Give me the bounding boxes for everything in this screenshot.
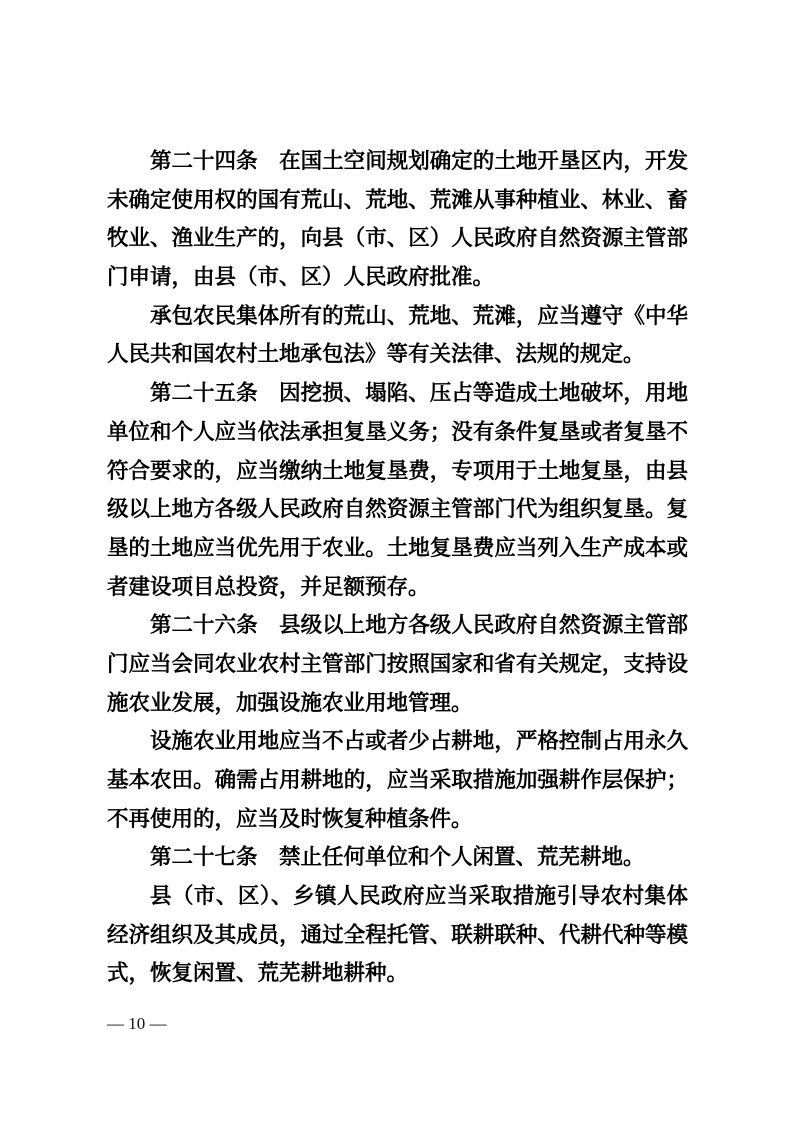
text-line: 县（市、区）、乡镇人民政府应当采取措施引导农村集体 [107, 878, 688, 917]
article-paragraph: 承包农民集体所有的荒山、荒地、荒滩，应当遵守《中华 人民共和国农村土地承包法》等… [107, 298, 688, 375]
article-heading-line: 第二十五条因挖损、塌陷、压占等造成土地破坏，用地 [107, 375, 688, 414]
text-line: 门申请，由县（市、区）人民政府批准。 [107, 259, 688, 298]
article-heading-line: 第二十四条在国土空间规划确定的土地开垦区内，开发 [107, 143, 688, 182]
text-line: 基本农田。确需占用耕地的，应当采取措施加强耕作层保护； [107, 762, 688, 801]
text-line: 垦的土地应当优先用于农业。土地复垦费应当列入生产成本或 [107, 530, 688, 569]
text-line: 不再使用的，应当及时恢复种植条件。 [107, 801, 688, 840]
article-heading-line: 第二十六条县级以上地方各级人民政府自然资源主管部 [107, 607, 688, 646]
text-line: 门应当会同农业农村主管部门按照国家和省有关规定，支持设 [107, 646, 688, 685]
text-line: 承包农民集体所有的荒山、荒地、荒滩，应当遵守《中华 [107, 298, 688, 337]
text-line: 因挖损、塌陷、压占等造成土地破坏，用地 [279, 381, 688, 406]
article-24: 第二十四条在国土空间规划确定的土地开垦区内，开发 未确定使用权的国有荒山、荒地、… [107, 143, 688, 375]
text-line: 者建设项目总投资，并足额预存。 [107, 569, 688, 608]
article-paragraph: 第二十五条因挖损、塌陷、压占等造成土地破坏，用地 单位和个人应当依法承担复垦义务… [107, 375, 688, 607]
page-number: — 10 — [107, 1013, 167, 1035]
article-paragraph: 第二十七条禁止任何单位和个人闲置、荒芜耕地。 [107, 839, 688, 878]
text-line: 单位和个人应当依法承担复垦义务；没有条件复垦或者复垦不 [107, 414, 688, 453]
article-number: 第二十六条 [150, 613, 258, 638]
text-line: 施农业发展，加强设施农业用地管理。 [107, 685, 688, 724]
text-line: 牧业、渔业生产的，向县（市、区）人民政府自然资源主管部 [107, 220, 688, 259]
document-body: 第二十四条在国土空间规划确定的土地开垦区内，开发 未确定使用权的国有荒山、荒地、… [107, 143, 688, 994]
article-paragraph: 第二十四条在国土空间规划确定的土地开垦区内，开发 未确定使用权的国有荒山、荒地、… [107, 143, 688, 298]
article-paragraph: 县（市、区）、乡镇人民政府应当采取措施引导农村集体 经济组织及其成员，通过全程托… [107, 878, 688, 994]
text-line: 符合要求的，应当缴纳土地复垦费，专项用于土地复垦，由县 [107, 453, 688, 492]
article-number: 第二十七条 [150, 845, 258, 870]
text-line: 级以上地方各级人民政府自然资源主管部门代为组织复垦。复 [107, 491, 688, 530]
text-line: 在国土空间规划确定的土地开垦区内，开发 [279, 149, 688, 174]
article-25: 第二十五条因挖损、塌陷、压占等造成土地破坏，用地 单位和个人应当依法承担复垦义务… [107, 375, 688, 607]
text-line: 人民共和国农村土地承包法》等有关法律、法规的规定。 [107, 336, 688, 375]
article-paragraph: 设施农业用地应当不占或者少占耕地，严格控制占用永久 基本农田。确需占用耕地的，应… [107, 723, 688, 839]
article-27: 第二十七条禁止任何单位和个人闲置、荒芜耕地。 县（市、区）、乡镇人民政府应当采取… [107, 839, 688, 994]
article-number: 第二十四条 [150, 149, 258, 174]
article-number: 第二十五条 [150, 381, 258, 406]
article-heading-line: 第二十七条禁止任何单位和个人闲置、荒芜耕地。 [107, 839, 688, 878]
text-line: 禁止任何单位和个人闲置、荒芜耕地。 [279, 845, 645, 870]
text-line: 设施农业用地应当不占或者少占耕地，严格控制占用永久 [107, 723, 688, 762]
article-paragraph: 第二十六条县级以上地方各级人民政府自然资源主管部 门应当会同农业农村主管部门按照… [107, 607, 688, 723]
text-line: 未确定使用权的国有荒山、荒地、荒滩从事种植业、林业、畜 [107, 182, 688, 221]
text-line: 县级以上地方各级人民政府自然资源主管部 [279, 613, 688, 638]
text-line: 式，恢复闲置、荒芜耕地耕种。 [107, 955, 688, 994]
text-line: 经济组织及其成员，通过全程托管、联耕联种、代耕代种等模 [107, 917, 688, 956]
article-26: 第二十六条县级以上地方各级人民政府自然资源主管部 门应当会同农业农村主管部门按照… [107, 607, 688, 839]
